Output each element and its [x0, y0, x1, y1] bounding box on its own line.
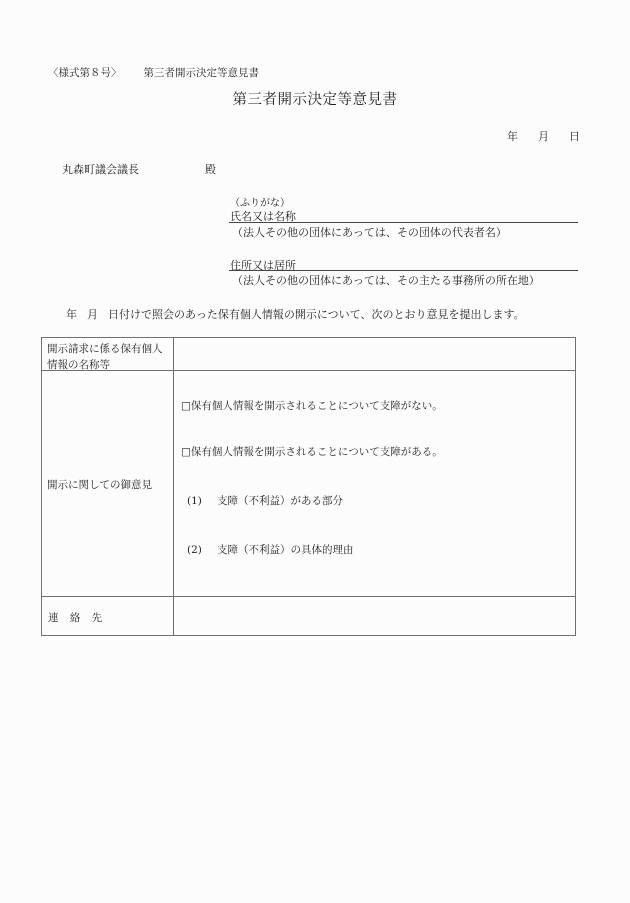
- checkbox-has-objection[interactable]: □保有個人情報を開示されることについて支障がある。: [181, 444, 443, 459]
- row-label-contact: 連 絡 先: [48, 610, 106, 625]
- row-label-cell: 開示請求に係る保有個人情報の名称等: [42, 338, 174, 370]
- subitem-objection-part: (1)支障（不利益）がある部分: [187, 493, 343, 508]
- addressee-honorific: 殿: [205, 161, 216, 177]
- date-month-label: 月: [538, 128, 549, 144]
- form-name: 第三者開示決定等意見書: [144, 67, 260, 79]
- subitem-number: (1): [187, 495, 217, 507]
- name-field-line[interactable]: [229, 222, 578, 223]
- intro-text: 日付けで照会のあった保有個人情報の開示について、次のとおり意見を提出します。: [108, 308, 525, 321]
- furigana-label: （ふりがな）: [230, 194, 290, 209]
- opinion-cell: □保有個人情報を開示されることについて支障がない。 □保有個人情報を開示されるこ…: [174, 371, 575, 596]
- table-row-opinion: 開示に関しての御意見 □保有個人情報を開示されることについて支障がない。 □保有…: [42, 371, 575, 597]
- subitem-number: (2): [187, 544, 217, 556]
- subitem-text: 支障（不利益）の具体的理由: [217, 544, 354, 556]
- intro-paragraph: 年月日付けで照会のあった保有個人情報の開示について、次のとおり意見を提出します。: [66, 306, 525, 322]
- checkbox-no-objection[interactable]: □保有個人情報を開示されることについて支障がない。: [181, 398, 443, 413]
- intro-month-label: 月: [87, 308, 98, 321]
- subitem-objection-reason: (2)支障（不利益）の具体的理由: [187, 542, 354, 557]
- addressee-name: 丸森町議会議長: [62, 161, 139, 177]
- contact-input-cell[interactable]: [174, 597, 575, 635]
- intro-year-label: 年: [66, 308, 77, 321]
- form-number: 〈様式第８号〉: [48, 67, 122, 79]
- row-label-cell: 開示に関しての御意見: [42, 371, 174, 596]
- row-label-opinion: 開示に関しての御意見: [47, 477, 152, 492]
- name-field-note: （法人その他の団体にあっては、その団体の代表者名）: [232, 224, 507, 240]
- info-name-input-cell[interactable]: [174, 338, 575, 370]
- date-day-label: 日: [569, 128, 580, 144]
- page-title: 第三者開示決定等意見書: [0, 88, 630, 109]
- form-header: 〈様式第８号〉第三者開示決定等意見書: [48, 65, 259, 80]
- row-label-cell: 連 絡 先: [42, 597, 174, 635]
- address-field-note: （法人その他の団体にあっては、その主たる事務所の所在地）: [232, 272, 540, 288]
- table-row-contact: 連 絡 先: [42, 597, 575, 635]
- opinion-table: 開示請求に係る保有個人情報の名称等 開示に関しての御意見 □保有個人情報を開示さ…: [41, 337, 576, 636]
- address-field-line[interactable]: [229, 270, 578, 271]
- date-year-label: 年: [507, 128, 518, 144]
- subitem-text: 支障（不利益）がある部分: [217, 495, 343, 507]
- table-row-info-name: 開示請求に係る保有個人情報の名称等: [42, 338, 575, 371]
- row-label-info-name: 開示請求に係る保有個人情報の名称等: [47, 341, 169, 373]
